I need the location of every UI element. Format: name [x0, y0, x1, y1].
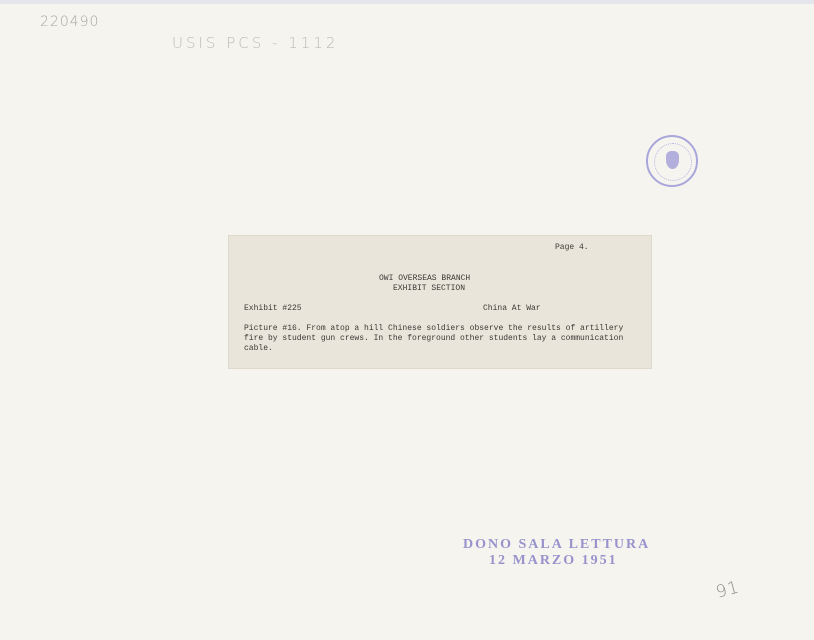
card-series-title: China At War — [483, 304, 541, 314]
card-section: EXHIBIT SECTION — [393, 284, 465, 294]
donation-stamp-date: 12 MARZO 1951 — [489, 553, 618, 569]
photo-top-edge — [0, 0, 814, 4]
round-library-seal — [646, 135, 698, 187]
handwritten-archive-number: 220490 — [40, 14, 99, 30]
card-organization: OWI OVERSEAS BRANCH — [379, 274, 470, 284]
caption-card: Page 4. OWI OVERSEAS BRANCH EXHIBIT SECT… — [229, 236, 651, 368]
shield-icon — [666, 151, 679, 169]
card-page-number: Page 4. — [555, 243, 589, 253]
handwritten-page-mark: 91 — [714, 577, 742, 602]
handwritten-usis-code: USIS PCS - 1112 — [172, 34, 338, 52]
card-caption-text: Picture #16. From atop a hill Chinese so… — [244, 324, 644, 354]
card-exhibit-number: Exhibit #225 — [244, 304, 302, 314]
donation-stamp-line: DONO SALA LETTURA — [463, 537, 650, 553]
